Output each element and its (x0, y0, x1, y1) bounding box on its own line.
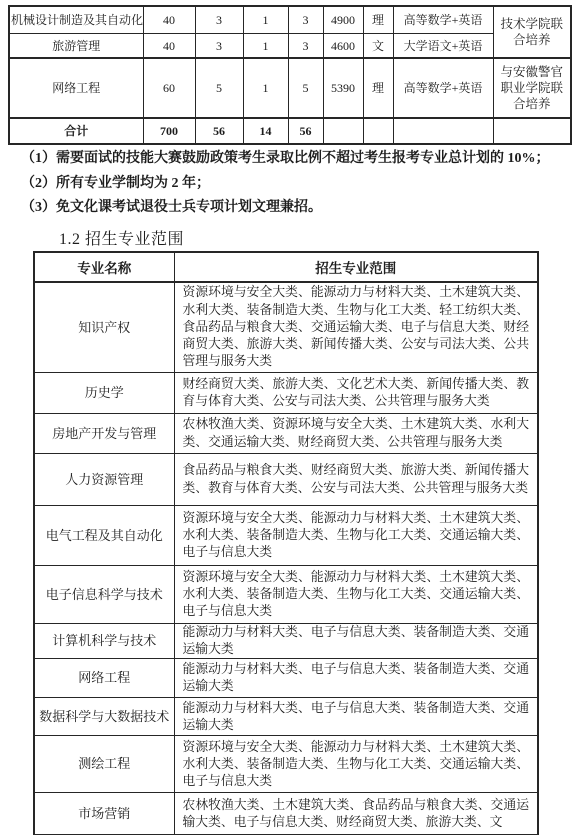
plan-total-cell: 56 (195, 118, 243, 144)
table-row: 数据科学与大数据技术 能源动力与材料大类、电子与信息大类、装备制造大类、交通运输… (34, 698, 538, 736)
major-name-cell: 测绘工程 (34, 736, 174, 793)
plan-row: 网络工程 60 5 1 5 5390 理 高等数学+英语 与安徽警官职业学院联合… (9, 58, 571, 118)
table-row: 历史学 财经商贸大类、旅游大类、文化艺术大类、新闻传播大类、教育与体育大类、公安… (34, 373, 538, 414)
plan-count-cell: 60 (143, 58, 195, 118)
plan-major-cell: 网络工程 (9, 58, 143, 118)
table-row: 测绘工程 资源环境与安全大类、能源动力与材料大类、土木建筑大类、水利大类、装备制… (34, 736, 538, 793)
major-scope-cell: 能源动力与材料大类、电子与信息大类、装备制造大类、交通运输大类 (174, 698, 538, 736)
table-row: 网络工程 能源动力与材料大类、电子与信息大类、装备制造大类、交通运输大类 (34, 659, 538, 698)
plan-empty-cell (323, 118, 363, 144)
plan-count-cell: 3 (195, 34, 243, 59)
major-name-cell: 市场营销 (34, 793, 174, 835)
table-row: 知识产权 资源环境与安全大类、能源动力与材料大类、土木建筑大类、水利大类、装备制… (34, 282, 538, 373)
plan-count-cell: 1 (243, 34, 288, 59)
plan-subject-cell: 理 (363, 6, 393, 34)
plan-subject-cell: 理 (363, 58, 393, 118)
note-item-2: （2）所有专业学制均为 2 年； (21, 175, 566, 192)
table-row: 市场营销 农林牧渔大类、土木建筑大类、食品药品与粮食大类、交通运输大类、电子与信… (34, 793, 538, 835)
major-name-cell: 计算机科学与技术 (34, 624, 174, 659)
plan-exam-cell: 大学语文+英语 (393, 34, 493, 59)
plan-major-cell: 机械设计制造及其自动化 (9, 6, 143, 34)
major-scope-cell: 食品药品与粮食大类、财经商贸大类、旅游大类、新闻传播大类、教育与体育大类、公安与… (174, 454, 538, 506)
plan-total-row: 合计 700 56 14 56 (9, 118, 571, 144)
scope-table-header-row: 专业名称 招生专业范围 (34, 252, 538, 282)
major-scope-cell: 农林牧渔大类、资源环境与安全大类、土木建筑大类、水利大类、交通运输大类、财经商贸… (174, 414, 538, 454)
plan-total-cell: 56 (288, 118, 323, 144)
note-item-3: （3）免文化课考试退役士兵专项计划文理兼招。 (21, 199, 566, 216)
plan-count-cell: 3 (195, 6, 243, 34)
major-scope-cell: 资源环境与安全大类、能源动力与材料大类、土木建筑大类、水利大类、装备制造大类、生… (174, 566, 538, 624)
note-item-1: （1）需要面试的技能大赛鼓励政策考生录取比例不超过考生报考专业总计划的 10%； (21, 150, 566, 167)
major-name-cell: 历史学 (34, 373, 174, 414)
plan-note-cell: 与安徽警官职业学院联合培养 (493, 58, 571, 118)
table-row: 电子信息科学与技术 资源环境与安全大类、能源动力与材料大类、土木建筑大类、水利大… (34, 566, 538, 624)
plan-count-cell: 5 (195, 58, 243, 118)
major-name-cell: 知识产权 (34, 282, 174, 373)
notes-list: （1）需要面试的技能大赛鼓励政策考生录取比例不超过考生报考专业总计划的 10%；… (21, 150, 566, 224)
table-row: 房地产开发与管理 农林牧渔大类、资源环境与安全大类、土木建筑大类、水利大类、交通… (34, 414, 538, 454)
plan-exam-cell: 高等数学+英语 (393, 58, 493, 118)
plan-count-cell: 40 (143, 6, 195, 34)
section-heading: 1.2 招生专业范围 (59, 226, 184, 249)
major-name-cell: 房地产开发与管理 (34, 414, 174, 454)
plan-note-cell: 技术学院联合培养 (493, 6, 571, 58)
plan-fee-cell: 4900 (323, 6, 363, 34)
table-row: 计算机科学与技术 能源动力与材料大类、电子与信息大类、装备制造大类、交通运输大类 (34, 624, 538, 659)
plan-major-cell: 旅游管理 (9, 34, 143, 59)
plan-exam-cell: 高等数学+英语 (393, 6, 493, 34)
plan-row: 机械设计制造及其自动化 40 3 1 3 4900 理 高等数学+英语 技术学院… (9, 6, 571, 34)
major-scope-cell: 能源动力与材料大类、电子与信息大类、装备制造大类、交通运输大类 (174, 624, 538, 659)
plan-total-cell: 700 (143, 118, 195, 144)
major-name-cell: 电子信息科学与技术 (34, 566, 174, 624)
major-scope-cell: 资源环境与安全大类、能源动力与材料大类、土木建筑大类、水利大类、装备制造大类、生… (174, 506, 538, 566)
document-page: 机械设计制造及其自动化 40 3 1 3 4900 理 高等数学+英语 技术学院… (0, 0, 577, 835)
major-name-cell: 电气工程及其自动化 (34, 506, 174, 566)
major-scope-cell: 资源环境与安全大类、能源动力与材料大类、土木建筑大类、水利大类、装备制造大类、生… (174, 736, 538, 793)
plan-count-cell: 1 (243, 6, 288, 34)
major-scope-cell: 能源动力与材料大类、电子与信息大类、装备制造大类、交通运输大类 (174, 659, 538, 698)
plan-empty-cell (493, 118, 571, 144)
major-scope-cell: 资源环境与安全大类、能源动力与材料大类、土木建筑大类、水利大类、装备制造大类、生… (174, 282, 538, 373)
table-row: 电气工程及其自动化 资源环境与安全大类、能源动力与材料大类、土木建筑大类、水利大… (34, 506, 538, 566)
major-name-cell: 数据科学与大数据技术 (34, 698, 174, 736)
scope-table-header-major: 专业名称 (34, 252, 174, 282)
plan-total-cell: 14 (243, 118, 288, 144)
major-scope-cell: 农林牧渔大类、土木建筑大类、食品药品与粮食大类、交通运输大类、电子与信息大类、财… (174, 793, 538, 835)
plan-fee-cell: 5390 (323, 58, 363, 118)
major-name-cell: 网络工程 (34, 659, 174, 698)
plan-empty-cell (363, 118, 393, 144)
table-row: 人力资源管理 食品药品与粮食大类、财经商贸大类、旅游大类、新闻传播大类、教育与体… (34, 454, 538, 506)
plan-count-cell: 3 (288, 34, 323, 59)
major-scope-table: 专业名称 招生专业范围 知识产权 资源环境与安全大类、能源动力与材料大类、土木建… (33, 251, 539, 835)
plan-subject-cell: 文 (363, 34, 393, 59)
major-scope-cell: 财经商贸大类、旅游大类、文化艺术大类、新闻传播大类、教育与体育大类、公安与司法大… (174, 373, 538, 414)
plan-count-cell: 40 (143, 34, 195, 59)
plan-empty-cell (393, 118, 493, 144)
plan-count-cell: 5 (288, 58, 323, 118)
enrollment-plan-table: 机械设计制造及其自动化 40 3 1 3 4900 理 高等数学+英语 技术学院… (8, 5, 572, 145)
plan-count-cell: 1 (243, 58, 288, 118)
plan-row: 旅游管理 40 3 1 3 4600 文 大学语文+英语 (9, 34, 571, 59)
plan-total-label: 合计 (9, 118, 143, 144)
plan-count-cell: 3 (288, 6, 323, 34)
scope-table-header-scope: 招生专业范围 (174, 252, 538, 282)
major-name-cell: 人力资源管理 (34, 454, 174, 506)
plan-fee-cell: 4600 (323, 34, 363, 59)
